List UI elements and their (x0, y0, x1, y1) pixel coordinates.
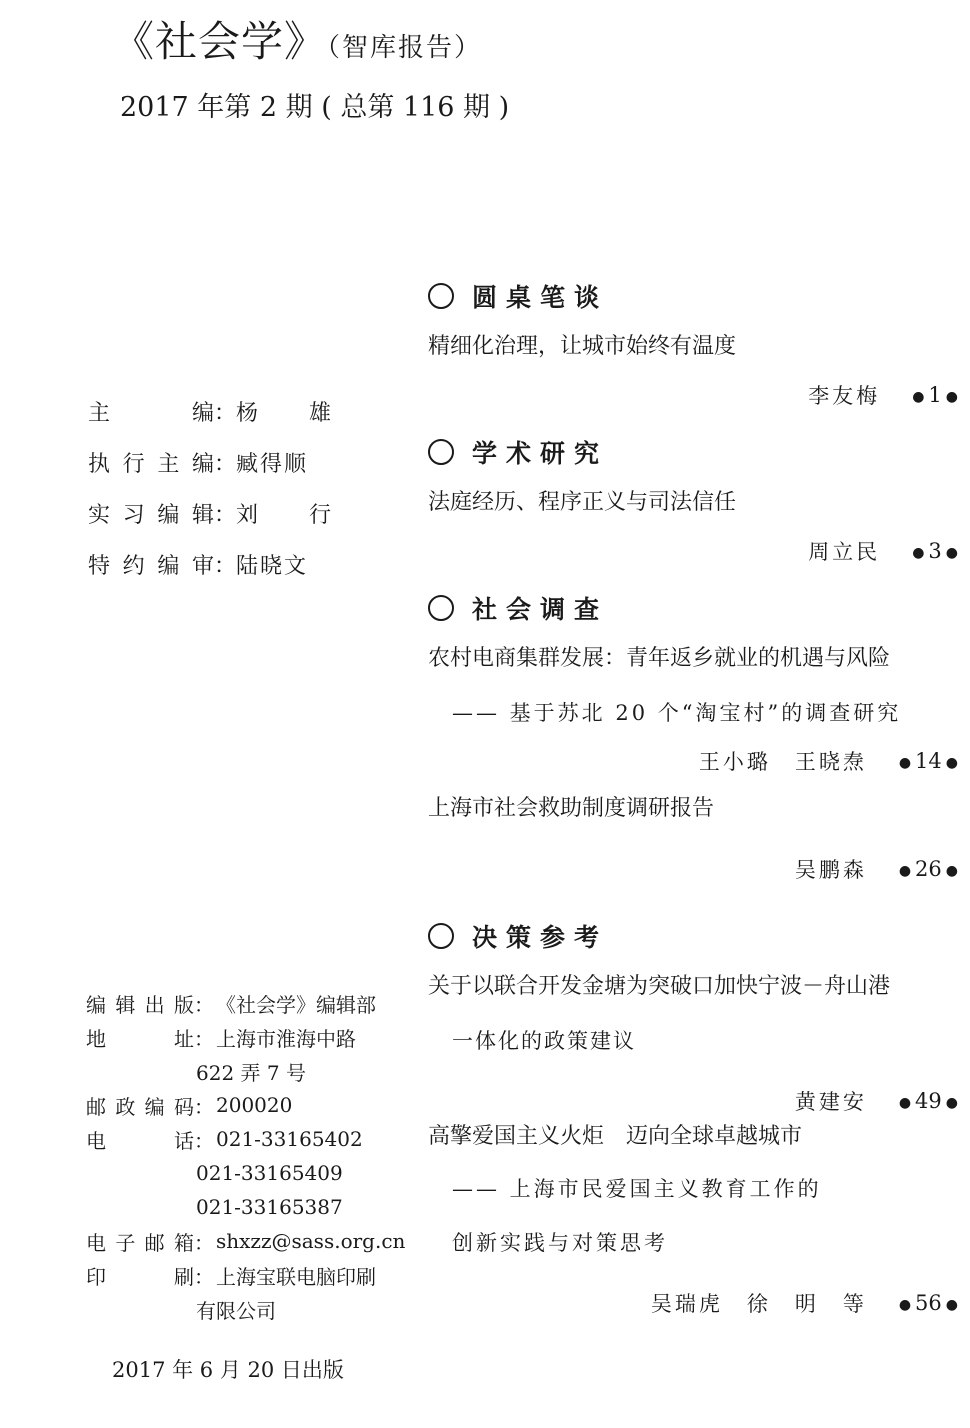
article-byline: 王小璐 王晓焘 ●14● (428, 740, 962, 782)
bullet-dot-icon: ● (899, 755, 911, 771)
phone-number: 021-33165402 (216, 1127, 363, 1151)
section-heading: 学术研究 (428, 430, 962, 474)
phone-number: 021-33165409 (196, 1161, 343, 1185)
editor-label: 执 行 主 编 (88, 447, 214, 478)
bullet-dot-icon: ● (946, 389, 958, 405)
printer-continuation: 有限公司 (86, 1292, 405, 1326)
publisher-row-printer: 印 刷 ： 上海宝联电脑印刷 (86, 1258, 405, 1292)
article-title-link[interactable]: 上海市社会救助制度调研报告 (428, 794, 962, 848)
section-heading: 社会调查 (428, 586, 962, 630)
label-char: 箱 (174, 1227, 194, 1256)
label-char: 子 (115, 1227, 135, 1256)
editor-value: 陆晓文 (236, 549, 308, 580)
phone-continuation: 021-33165409 (86, 1156, 405, 1190)
page-value: 14 (915, 749, 942, 773)
publisher-label: 电 话 (86, 1125, 194, 1154)
editor-value: 臧得顺 (236, 447, 308, 478)
colon: ： (214, 549, 236, 580)
label-char: 电 (86, 1227, 106, 1256)
label-char: 刷 (174, 1261, 194, 1290)
label-char: 主 (157, 447, 179, 478)
editor-row-reviewer: 特 约 编 审 ： 陆晓文 (88, 539, 353, 590)
circle-bullet-icon (428, 923, 454, 949)
email-link[interactable]: shxzz@sass.org.cn (216, 1229, 405, 1253)
editor-label: 实 习 编 辑 (88, 498, 214, 529)
section-title: 圆桌笔谈 (472, 278, 608, 314)
article-authors: 吴瑞虎 徐 明 等 (651, 1288, 867, 1318)
label-char: 编 (192, 447, 214, 478)
section-heading: 决策参考 (428, 914, 962, 958)
article-authors: 王小璐 王晓焘 (699, 746, 867, 776)
page-number: ●56● (895, 1291, 962, 1315)
colon: ： (194, 1125, 214, 1154)
bullet-dot-icon: ● (912, 545, 924, 561)
page-number: ●14● (895, 749, 962, 773)
editor-row-chief: 主 编 ： 杨 雄 (88, 386, 353, 437)
editors-block: 主 编 ： 杨 雄 执 行 主 编 ： 臧得顺 实 习 编 辑 ： 刘 行 特 … (88, 386, 353, 590)
publisher-label: 邮 政 编 码 (86, 1091, 194, 1120)
label-char: 址 (174, 1023, 194, 1052)
section-title: 决策参考 (472, 918, 608, 954)
page-value: 3 (928, 539, 941, 563)
circle-bullet-icon (428, 595, 454, 621)
page-number: ●3● (908, 539, 962, 563)
label-char: 执 (88, 447, 110, 478)
label-char: 主 (88, 396, 110, 427)
phone-continuation: 021-33165387 (86, 1190, 405, 1224)
publisher-label: 印 刷 (86, 1261, 194, 1290)
publisher-label: 编 辑 出 版 (86, 989, 194, 1018)
postcode-value: 200020 (216, 1093, 292, 1117)
publisher-block: 编 辑 出 版 ： 《社会学》编辑部 地 址 ： 上海市淮海中路 622 弄 7… (86, 986, 405, 1326)
label-char: 约 (123, 549, 145, 580)
printer-line: 上海宝联电脑印刷 (216, 1261, 376, 1290)
page-value: 26 (915, 857, 942, 881)
article-byline: 周立民 ●3● (428, 530, 962, 572)
label-char: 码 (174, 1091, 194, 1120)
publisher-label: 地 址 (86, 1023, 194, 1052)
article-subtitle: —— 基于苏北 20 个“淘宝村”的调查研究 (428, 698, 962, 740)
label-char: 编 (145, 1091, 165, 1120)
page-number: ●1● (908, 383, 962, 407)
editor-value: 刘 行 (236, 498, 353, 529)
page-value: 56 (915, 1291, 942, 1315)
page-value: 49 (915, 1089, 942, 1113)
circle-bullet-icon (428, 283, 454, 309)
label-char: 编 (86, 989, 106, 1018)
table-of-contents: 圆桌笔谈 精细化治理，让城市始终有温度 李友梅 ●1● 学术研究 法庭经历、程序… (428, 274, 962, 1324)
bullet-dot-icon: ● (946, 863, 958, 879)
colon: ： (194, 989, 214, 1018)
article-authors: 黄建安 (795, 1086, 867, 1116)
journal-title: 《社会学》（智库报告） (112, 14, 482, 76)
address-line: 上海市淮海中路 (216, 1023, 356, 1052)
bullet-dot-icon: ● (899, 1095, 911, 1111)
address-line: 622 弄 7 号 (196, 1057, 306, 1086)
article-byline: 黄建安 ●49● (428, 1080, 962, 1122)
article-subtitle: 一体化的政策建议 (428, 1026, 962, 1080)
colon: ： (194, 1091, 214, 1120)
publisher-label: 电 子 邮 箱 (86, 1227, 194, 1256)
publisher-row-address: 地 址 ： 上海市淮海中路 (86, 1020, 405, 1054)
label-char: 印 (86, 1261, 106, 1290)
article-subtitle: —— 上海市民爱国主义教育工作的 (428, 1174, 962, 1228)
bullet-dot-icon: ● (946, 755, 958, 771)
colon: ： (214, 498, 236, 529)
colon: ： (214, 396, 236, 427)
circle-bullet-icon (428, 439, 454, 465)
article-title-link[interactable]: 农村电商集群发展：青年返乡就业的机遇与风险 (428, 644, 962, 698)
bullet-dot-icon: ● (912, 389, 924, 405)
article-subtitle: 创新实践与对策思考 (428, 1228, 962, 1282)
label-char: 出 (145, 989, 165, 1018)
label-char: 行 (123, 447, 145, 478)
editor-row-intern: 实 习 编 辑 ： 刘 行 (88, 488, 353, 539)
article-byline: 吴瑞虎 徐 明 等 ●56● (428, 1282, 962, 1324)
colon: ： (194, 1227, 214, 1256)
section-title: 学术研究 (472, 434, 608, 470)
article-title-link[interactable]: 关于以联合开发金塘为突破口加快宁波－舟山港 (428, 972, 962, 1026)
article-title-link[interactable]: 高擎爱国主义火炬 迈向全球卓越城市 (428, 1122, 962, 1174)
page-value: 1 (928, 383, 941, 407)
publisher-row-editing: 编 辑 出 版 ： 《社会学》编辑部 (86, 986, 405, 1020)
article-title-link[interactable]: 法庭经历、程序正义与司法信任 (428, 488, 962, 530)
colon: ： (194, 1023, 214, 1052)
label-char: 审 (192, 549, 214, 580)
label-char: 编 (157, 549, 179, 580)
phone-number: 021-33165387 (196, 1195, 343, 1219)
page-number: ●26● (895, 857, 962, 881)
journal-name: 《社会学》 (112, 17, 327, 66)
label-char: 编 (192, 396, 214, 427)
label-char: 习 (123, 498, 145, 529)
label-char: 实 (88, 498, 110, 529)
editor-row-executive: 执 行 主 编 ： 臧得顺 (88, 437, 353, 488)
label-char: 电 (86, 1125, 106, 1154)
bullet-dot-icon: ● (899, 1297, 911, 1313)
publisher-row-postcode: 邮 政 编 码 ： 200020 (86, 1088, 405, 1122)
printer-line: 有限公司 (196, 1295, 276, 1324)
label-char: 政 (115, 1091, 135, 1120)
colon: ： (214, 447, 236, 478)
colon: ： (194, 1261, 214, 1290)
label-char: 版 (174, 989, 194, 1018)
bullet-dot-icon: ● (946, 1095, 958, 1111)
issue-number: 2017 年第 2 期 ( 总第 116 期 ) (120, 88, 509, 128)
label-char: 地 (86, 1023, 106, 1052)
publisher-row-phone: 电 话 ： 021-33165402 (86, 1122, 405, 1156)
page-number: ●49● (895, 1089, 962, 1113)
bullet-dot-icon: ● (899, 863, 911, 879)
section-heading: 圆桌笔谈 (428, 274, 962, 318)
article-authors: 李友梅 (808, 380, 880, 410)
editor-label: 特 约 编 审 (88, 549, 214, 580)
editor-label: 主 编 (88, 396, 214, 427)
article-title-link[interactable]: 精细化治理，让城市始终有温度 (428, 332, 962, 374)
label-char: 编 (157, 498, 179, 529)
label-char: 邮 (86, 1091, 106, 1120)
publisher-value: 《社会学》编辑部 (216, 989, 376, 1018)
label-char: 辑 (192, 498, 214, 529)
article-authors: 吴鹏森 (795, 854, 867, 884)
publication-date: 2017 年 6 月 20 日出版 (112, 1354, 344, 1386)
label-char: 特 (88, 549, 110, 580)
label-char: 邮 (145, 1227, 165, 1256)
section-title: 社会调查 (472, 590, 608, 626)
address-continuation: 622 弄 7 号 (86, 1054, 405, 1088)
publisher-row-email: 电 子 邮 箱 ： shxzz@sass.org.cn (86, 1224, 405, 1258)
bullet-dot-icon: ● (946, 1297, 958, 1313)
label-char: 话 (174, 1125, 194, 1154)
editor-value: 杨 雄 (236, 396, 353, 427)
label-char: 辑 (115, 989, 135, 1018)
article-byline: 李友梅 ●1● (428, 374, 962, 416)
article-authors: 周立民 (808, 536, 880, 566)
article-byline: 吴鹏森 ●26● (428, 848, 962, 890)
journal-subtitle: （智库报告） (327, 33, 482, 63)
bullet-dot-icon: ● (946, 545, 958, 561)
